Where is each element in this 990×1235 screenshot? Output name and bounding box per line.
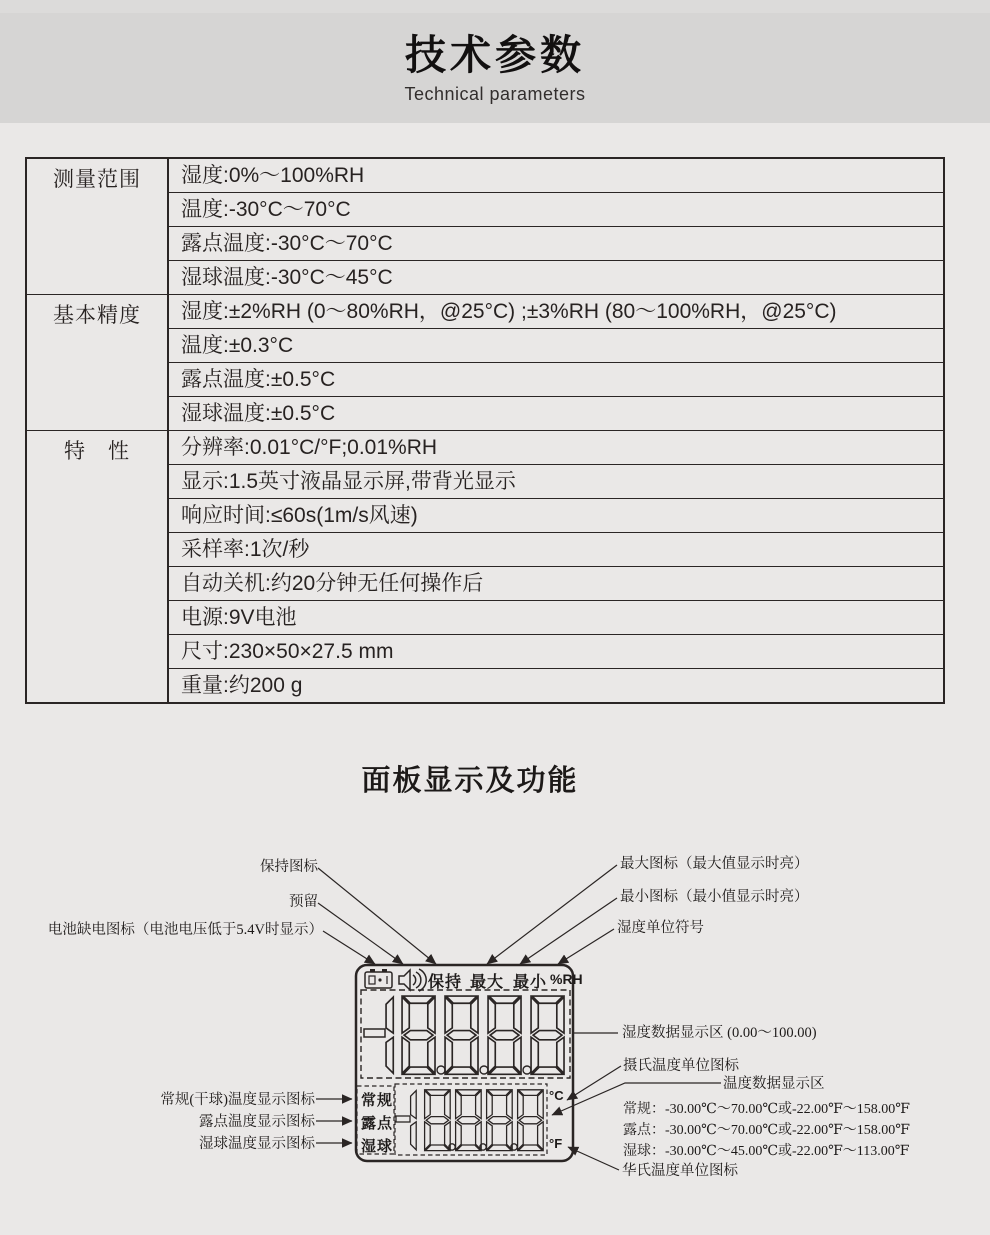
annotation-range-normal: 常规：-30.00℃～70.00℃或-22.00℉～158.00℉ (623, 1098, 910, 1118)
lcd-fahrenheit-unit: °F (549, 1136, 562, 1151)
annotation-battery-low-icon: 电池缺电图标（电池电压低于5.4V时显示） (48, 922, 323, 938)
lcd-hold-label: 保持 (428, 969, 462, 992)
annotation-wet-temp-icon: 湿球温度显示图标 (199, 1136, 315, 1152)
max-leader (487, 865, 617, 964)
temp-digit-8 (487, 1090, 513, 1151)
lcd-dew-label: 露点 (361, 1112, 393, 1133)
humidity-digit-8 (445, 996, 478, 1074)
annotation-humidity-unit-symbol: 湿度单位符号 (617, 920, 704, 936)
humidity-digit-8 (531, 996, 564, 1074)
annotation-dew-temp-icon: 露点温度显示图标 (199, 1114, 315, 1130)
battery-icon (365, 969, 392, 988)
humidity-display-zone (361, 990, 570, 1078)
annotation-range-dew: 露点：-30.00℃～70.00℃或-22.00℉～158.00℉ (623, 1119, 910, 1139)
annotation-hold-icon: 保持图标 (260, 859, 318, 875)
temp-zone-dashed-box (395, 1084, 547, 1155)
fahrenheit-leader (568, 1147, 619, 1170)
annotation-max-icon: 最大图标（最大值显示时亮） (620, 856, 809, 872)
annotation-celsius-unit-icon: 摄氏温度单位图标 (623, 1058, 739, 1074)
humidity-unit-leader (558, 929, 614, 964)
lcd-min-label: 最小 (513, 969, 547, 992)
annotation-fahrenheit-unit-icon: 华氏温度单位图标 (622, 1163, 738, 1179)
min-leader (520, 898, 617, 964)
lcd-max-label: 最大 (470, 969, 504, 992)
lcd-normal-label: 常规 (361, 1089, 393, 1110)
panel-diagram-graphics (0, 0, 990, 1235)
temp-digit-1 (411, 1091, 417, 1150)
humidity-digit-1 (386, 997, 393, 1073)
celsius-leader (567, 1066, 621, 1100)
humidity-digit-8 (488, 996, 521, 1074)
page: 技术参数 Technical parameters 测量范围 湿度:0%～100… (0, 0, 990, 1235)
lcd-wet-label: 湿球 (361, 1135, 393, 1156)
annotation-min-icon: 最小图标（最小值显示时亮） (620, 889, 809, 905)
humidity-digit-8 (402, 996, 435, 1074)
lcd-celsius-unit: °C (549, 1088, 564, 1103)
temp-digit-8 (456, 1090, 482, 1151)
decimal-point (523, 1066, 531, 1074)
speaker-icon (399, 969, 426, 991)
annotation-reserved: 预留 (289, 894, 318, 910)
battery-leader (323, 931, 375, 964)
annotation-range-wet: 湿球：-30.00℃～45.00℃或-22.00℉～113.00℉ (623, 1140, 909, 1160)
temp-digit-8 (518, 1090, 544, 1151)
humidity-minus-sign (364, 1029, 385, 1037)
annotation-normal-temp-icon: 常规(干球)温度显示图标 (160, 1092, 315, 1108)
decimal-point (437, 1066, 445, 1074)
temp-digit-8 (425, 1090, 451, 1151)
decimal-point (480, 1066, 488, 1074)
lcd-rh-unit: %RH (550, 971, 583, 987)
temp-minus-sign (396, 1116, 410, 1122)
annotation-temp-data-zone: 温度数据显示区 (723, 1076, 825, 1092)
annotation-humidity-data-zone: 湿度数据显示区 (0.00～100.00) (622, 1025, 817, 1041)
